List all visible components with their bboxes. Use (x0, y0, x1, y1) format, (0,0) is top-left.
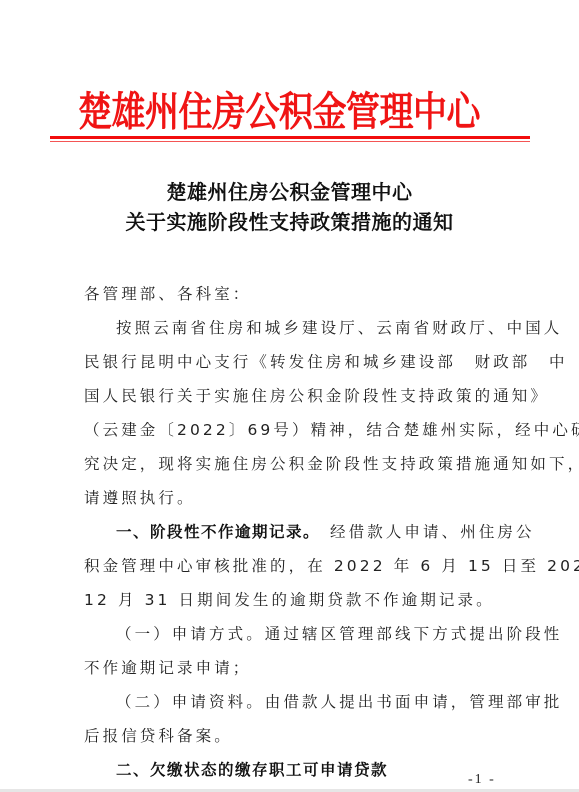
salutation: 各管理部、各科室： (84, 282, 504, 304)
paragraph-line: 民银行昆明中心支行《转发住房和城乡建设部 财政部 中 (84, 350, 504, 372)
paragraph-line: 究决定，现将实施住房公积金阶段性支持政策措施通知如下， (84, 452, 504, 474)
section1-item1: （一）申请方式。通过辖区管理部线下方式提出阶段性 (116, 622, 536, 644)
section1-item1-cont: 不作逾期记录申请； (84, 656, 504, 678)
document-page: 楚雄州住房公积金管理中心 楚雄州住房公积金管理中心 关于实施阶段性支持政策措施的… (0, 0, 579, 792)
section1-item2-cont: 后报信贷科备案。 (84, 724, 504, 746)
paragraph-line: 按照云南省住房和城乡建设厅、云南省财政厅、中国人 (116, 316, 536, 338)
notice-title-line1: 楚雄州住房公积金管理中心 (0, 176, 579, 205)
paragraph-line: 国人民银行关于实施住房公积金阶段性支持政策的通知》 (84, 384, 504, 406)
section1-paragraph: 一、阶段性不作逾期记录。经借款人申请、州住房公 (116, 520, 536, 542)
section1-text: 经借款人申请、州住房公 (330, 523, 535, 541)
section1-item2: （二）申请资料。由借款人提出书面申请，管理部审批 (116, 690, 536, 712)
page-number: -1 - (468, 772, 496, 788)
masthead-rule-thick (50, 136, 530, 139)
masthead-title: 楚雄州住房公积金管理中心 (78, 82, 508, 143)
paragraph-line: 积金管理中心审核批准的，在 2022 年 6 月 15 日至 2022 年 (84, 554, 504, 576)
section1-heading: 一、阶段性不作逾期记录。 (116, 523, 320, 541)
paragraph-line: 请遵照执行。 (84, 486, 504, 508)
paragraph-line: （云建金〔2022〕69号）精神，结合楚雄州实际，经中心研 (84, 418, 504, 440)
notice-title-line2: 关于实施阶段性支持政策措施的通知 (0, 206, 579, 235)
masthead-rule-thin (50, 141, 530, 142)
paragraph-line: 12 月 31 日期间发生的逾期贷款不作逾期记录。 (84, 588, 504, 610)
